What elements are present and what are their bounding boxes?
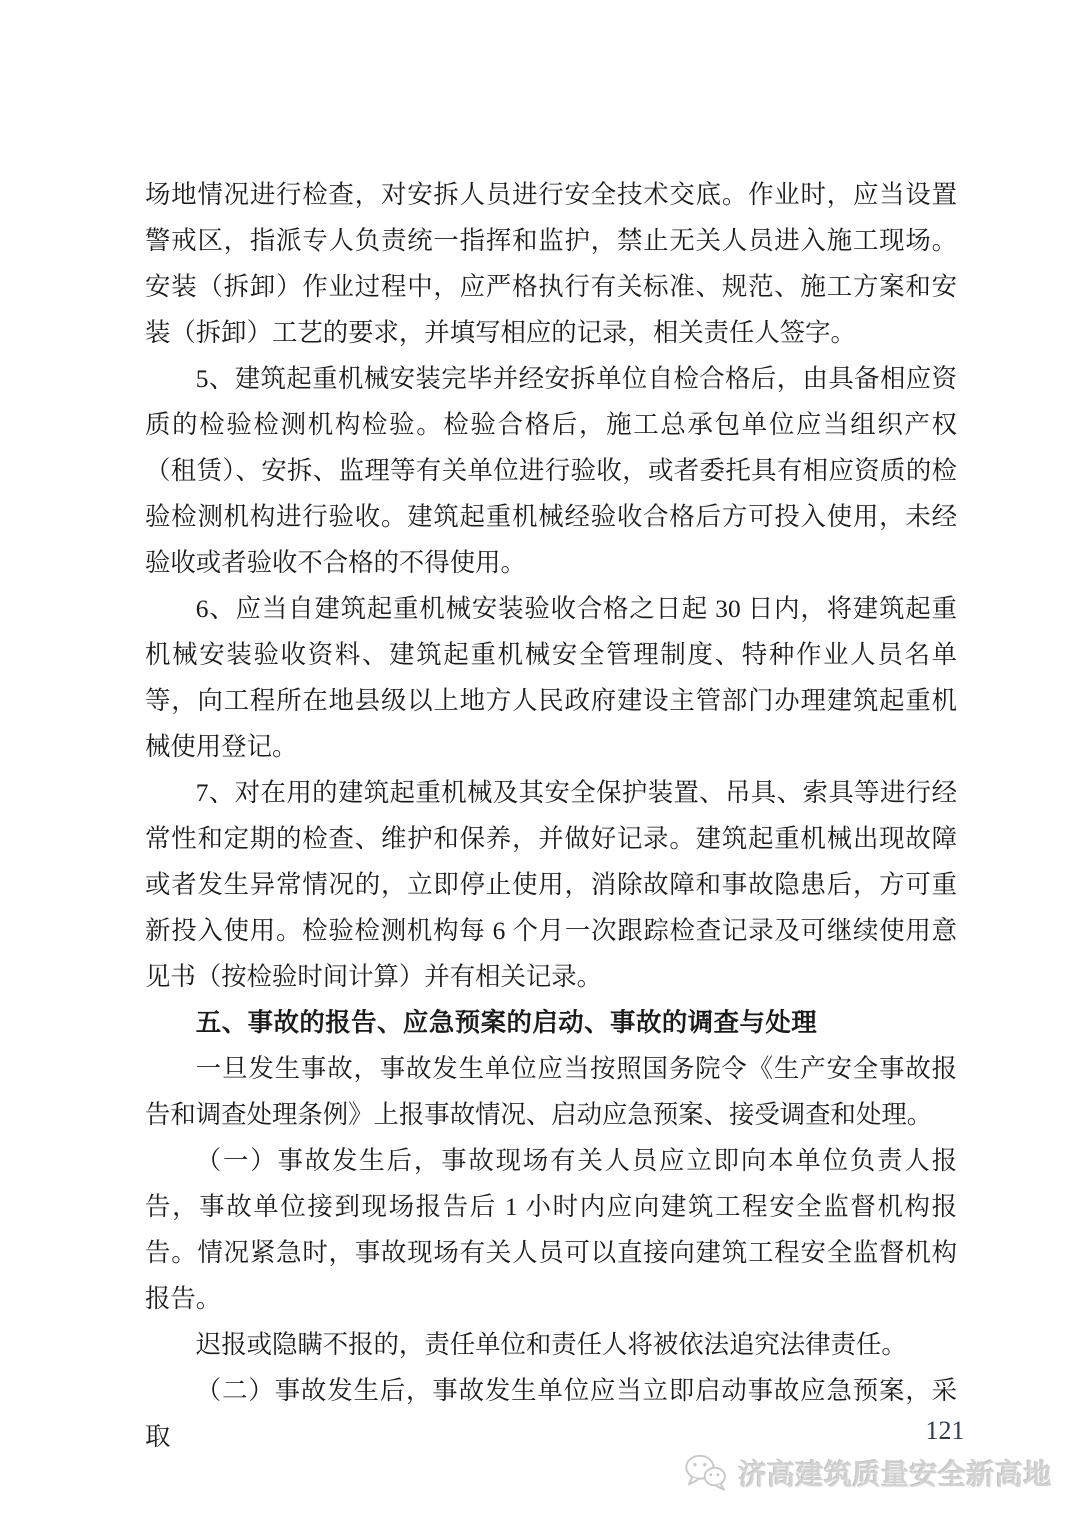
document-page: 场地情况进行检查，对安拆人员进行安全技术交底。作业时，应当设置警戒区，指派专人负… <box>0 0 1080 1527</box>
paragraph-item-7: 7、对在用的建筑起重机械及其安全保护装置、吊具、索具等进行经常性和定期的检查、维… <box>145 770 957 1000</box>
section-heading: 五、事故的报告、应急预案的启动、事故的调查与处理 <box>145 1000 957 1046</box>
page-number: 121 <box>915 1416 975 1446</box>
document-body: 场地情况进行检查，对安拆人员进行安全技术交底。作业时，应当设置警戒区，指派专人负… <box>145 172 957 1460</box>
paragraph-sub-1: （一）事故发生后，事故现场有关人员应立即向本单位负责人报告，事故单位接到现场报告… <box>145 1138 957 1322</box>
paragraph-late-report: 迟报或隐瞒不报的，责任单位和责任人将被依法追究法律责任。 <box>145 1322 957 1368</box>
paragraph-item-6: 6、应当自建筑起重机械安装验收合格之日起 30 日内，将建筑起重机械安装验收资料… <box>145 586 957 770</box>
paragraph-intro: 一旦发生事故，事故发生单位应当按照国务院令《生产安全事故报告和调查处理条例》上报… <box>145 1046 957 1138</box>
paragraph-continuation: 场地情况进行检查，对安拆人员进行安全技术交底。作业时，应当设置警戒区，指派专人负… <box>145 172 957 356</box>
watermark-text: 济高建筑质量安全新高地 <box>738 1453 1052 1493</box>
watermark: 济高建筑质量安全新高地 <box>684 1452 1052 1494</box>
paragraph-item-5: 5、建筑起重机械安装完毕并经安拆单位自检合格后，由具备相应资质的检验检测机构检验… <box>145 356 957 586</box>
wechat-icon <box>684 1452 728 1494</box>
paragraph-sub-2: （二）事故发生后，事故发生单位应当立即启动事故应急预案，采取 <box>145 1368 957 1460</box>
